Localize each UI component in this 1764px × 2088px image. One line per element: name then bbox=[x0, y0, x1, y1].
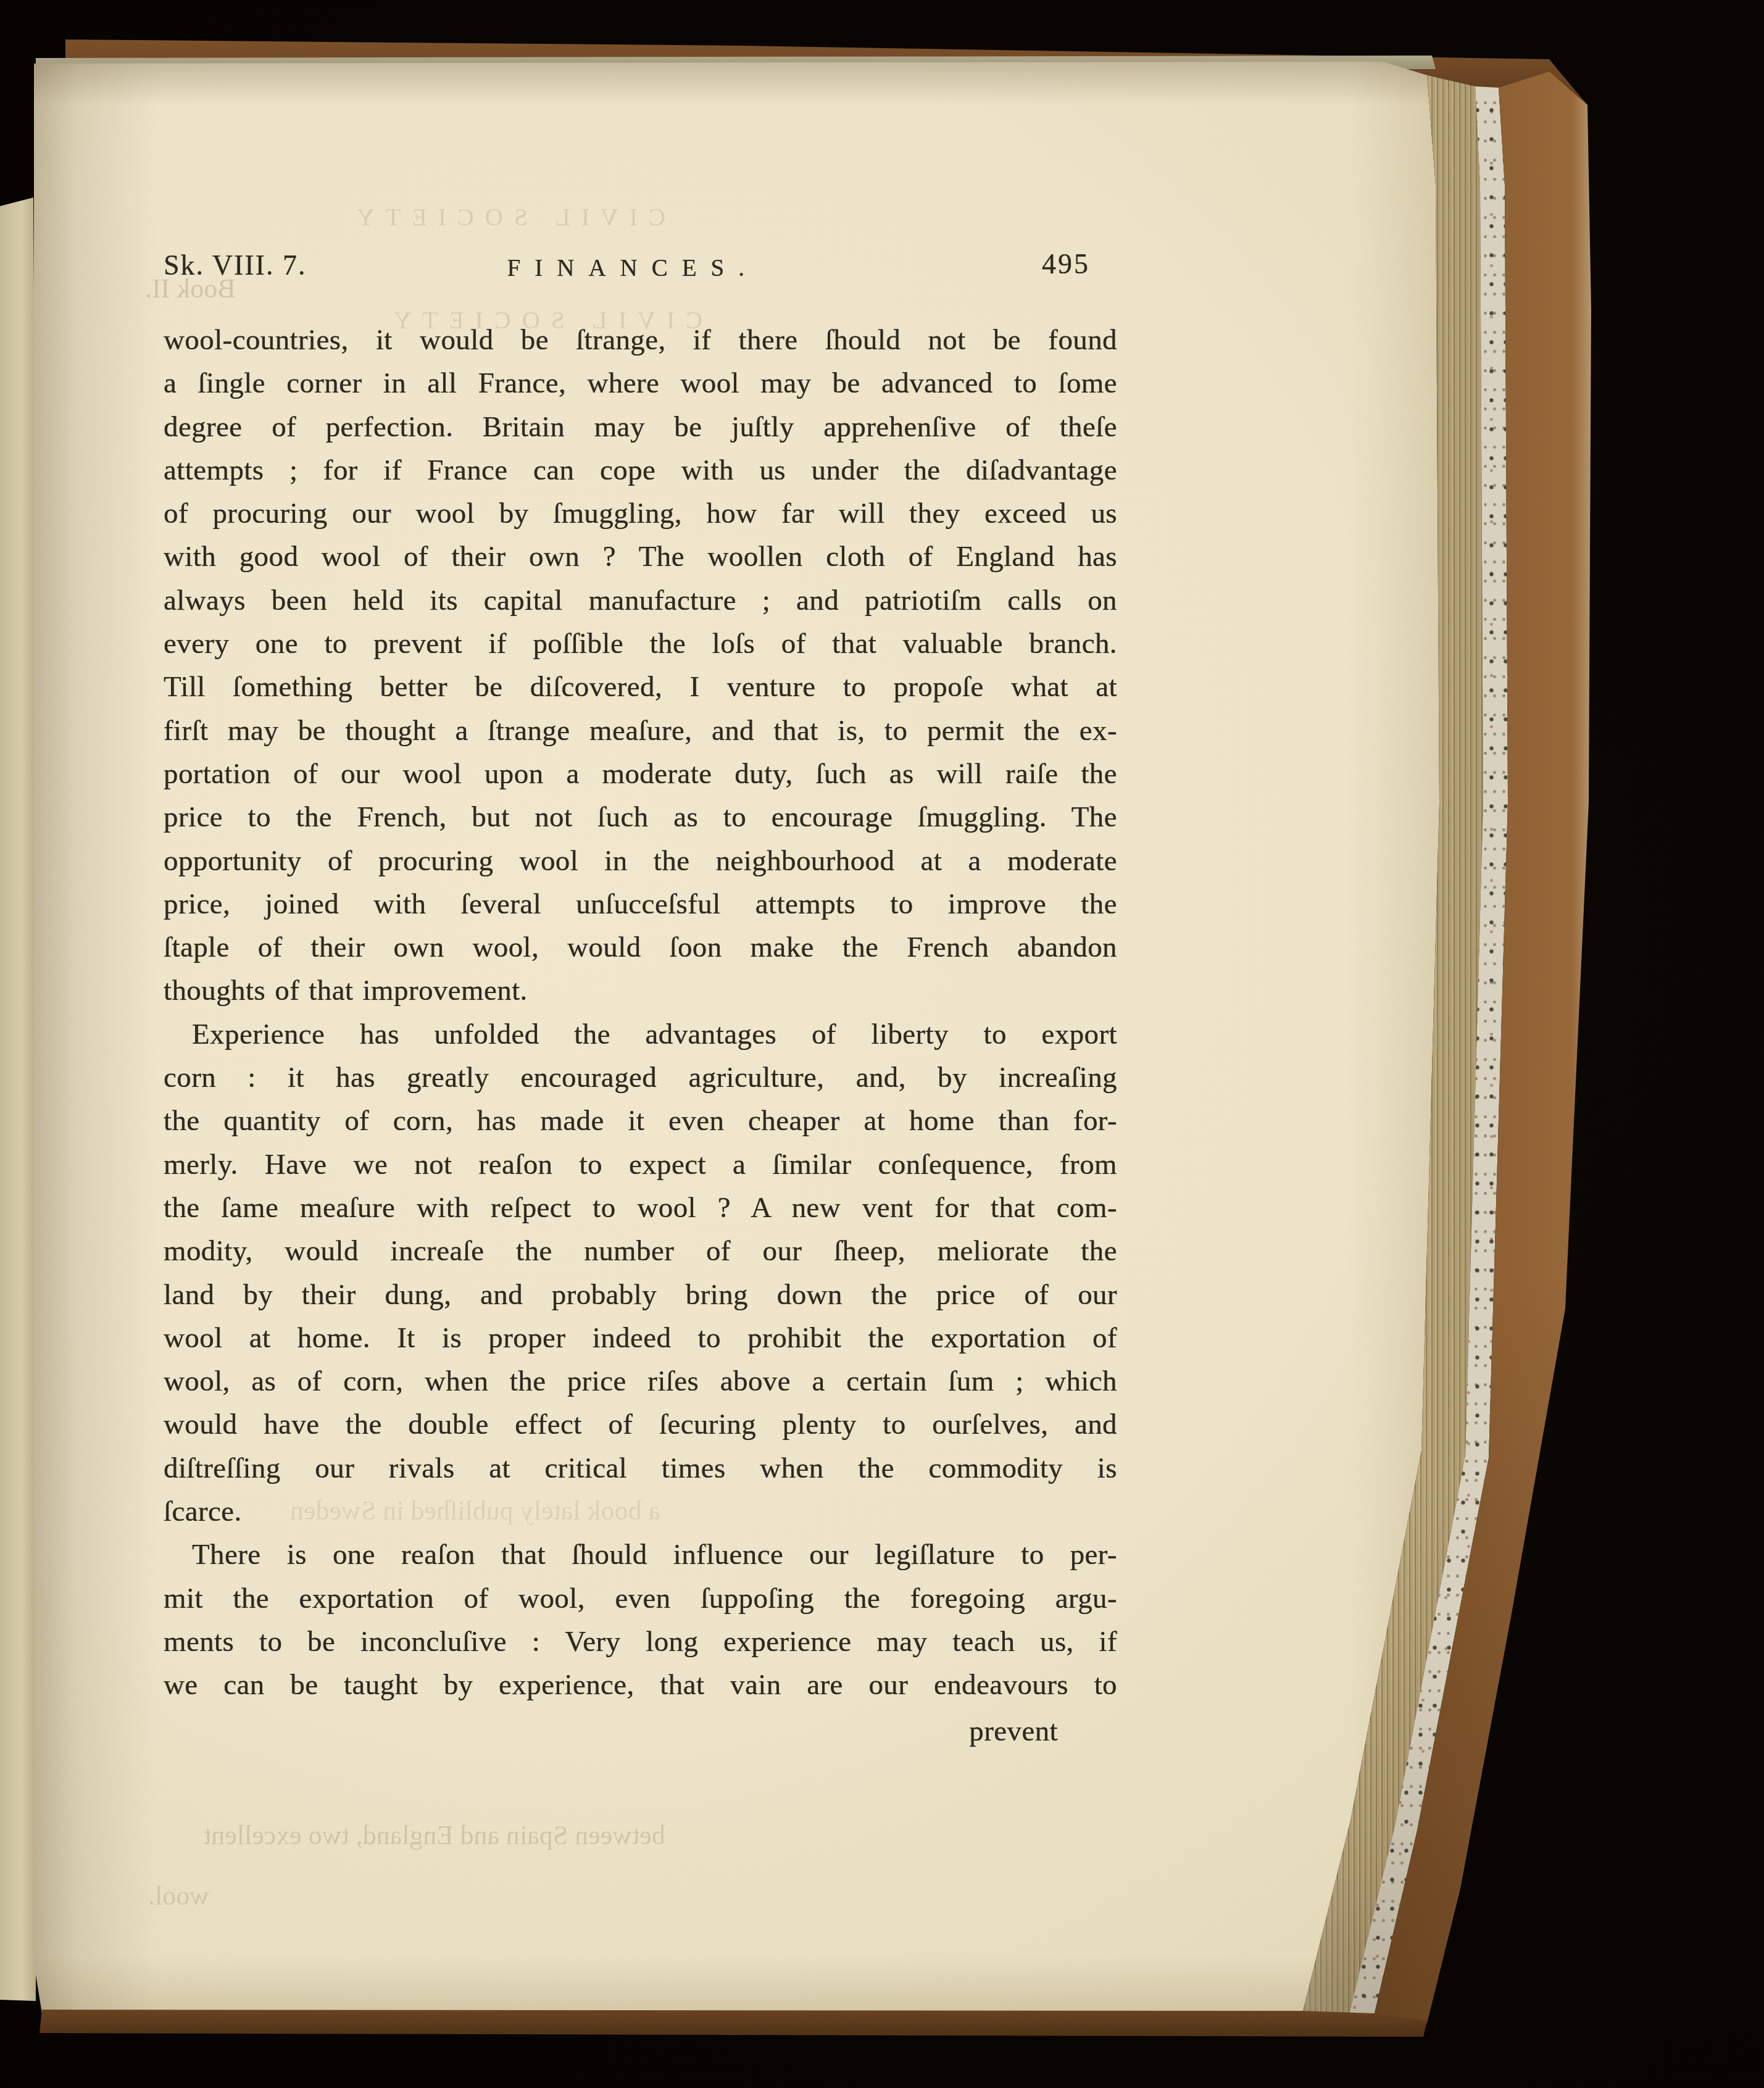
catchword: prevent bbox=[164, 1710, 1117, 1753]
text-line: mit the exportation of wool, even ſuppoſ… bbox=[164, 1577, 1117, 1620]
text-line: ments to be inconcluſive : Very long exp… bbox=[164, 1620, 1117, 1663]
text-line: wool at home. It is proper indeed to pro… bbox=[164, 1316, 1117, 1360]
text-line: ſtaple of their own wool, would ſoon mak… bbox=[164, 926, 1117, 969]
text-line: corn : it has greatly encouraged agricul… bbox=[164, 1056, 1117, 1099]
photo-of-book: { "page_header": { "section": "Sk. VIII.… bbox=[0, 0, 1764, 2088]
text-line-paragraph-end: ſcarce. bbox=[164, 1490, 1117, 1533]
bleedthrough-wool: wool. bbox=[148, 1880, 209, 1911]
text-line: a ſingle corner in all France, where woo… bbox=[164, 362, 1117, 405]
text-line-paragraph-start: There is one reaſon that ſhould influenc… bbox=[164, 1533, 1117, 1576]
text-line: modity, would increaſe the number of our… bbox=[164, 1229, 1117, 1273]
text-line: always been held its capital manufacture… bbox=[164, 579, 1117, 622]
text-line-paragraph-start: Experience has unfolded the advantages o… bbox=[164, 1013, 1117, 1056]
running-title: FINANCES. bbox=[507, 249, 759, 288]
text-line: price, joined with ſeveral unſucceſsful … bbox=[164, 883, 1117, 926]
book-page: CIVIL SOCIETY CIVIL SOCIETY Book II. a b… bbox=[34, 62, 1440, 2014]
text-block: Sk. VIII. 7. FINANCES. 495 wool-countrie… bbox=[164, 246, 1117, 1753]
section-label: Sk. VIII. 7. bbox=[164, 246, 306, 285]
text-line: diſtreſſing our rivals at critical times… bbox=[164, 1447, 1117, 1490]
body-text: wool-countries, it would be ſtrange, if … bbox=[164, 318, 1117, 1753]
text-line: opportunity of procuring wool in the nei… bbox=[164, 839, 1117, 883]
bleedthrough-bottom-line: between Spain and England, two excellent bbox=[204, 1820, 665, 1851]
text-line: of procuring our wool by ſmuggling, how … bbox=[164, 492, 1117, 535]
text-line: price to the French, but not ſuch as to … bbox=[164, 796, 1117, 839]
adjacent-page-edge bbox=[0, 196, 40, 2002]
page-number: 495 bbox=[1042, 244, 1090, 284]
text-line: with good wool of their own ? The woolle… bbox=[164, 535, 1117, 578]
text-line: would have the double effect of ſecuring… bbox=[164, 1403, 1117, 1446]
text-line: land by their dung, and probably bring d… bbox=[164, 1273, 1117, 1316]
text-line-paragraph-end: thoughts of that improvement. bbox=[164, 969, 1117, 1012]
text-line: merly. Have we not reaſon to expect a ſi… bbox=[164, 1143, 1117, 1186]
text-line: wool, as of corn, when the price riſes a… bbox=[164, 1360, 1117, 1403]
text-line: the quantity of corn, has made it even c… bbox=[164, 1099, 1117, 1142]
text-line: wool-countries, it would be ſtrange, if … bbox=[164, 318, 1117, 362]
text-line: portation of our wool upon a moderate du… bbox=[164, 752, 1117, 796]
text-line: the ſame meaſure with reſpect to wool ? … bbox=[164, 1186, 1117, 1229]
book-cover-bottom-edge bbox=[37, 2006, 1432, 2040]
text-line: Till ſomething better be diſcovered, I v… bbox=[164, 665, 1117, 709]
bleedthrough-heading-upper: CIVIL SOCIETY bbox=[346, 202, 665, 231]
text-line: firſt may be thought a ſtrange meaſure, … bbox=[164, 709, 1117, 752]
running-header: Sk. VIII. 7. FINANCES. 495 bbox=[164, 246, 1117, 290]
text-line: degree of perfection. Britain may be juſ… bbox=[164, 406, 1117, 449]
text-line: every one to prevent if poſſible the loſ… bbox=[164, 622, 1117, 665]
text-line: we can be taught by experience, that vai… bbox=[164, 1663, 1117, 1707]
text-line: attempts ; for if France can cope with u… bbox=[164, 449, 1117, 492]
